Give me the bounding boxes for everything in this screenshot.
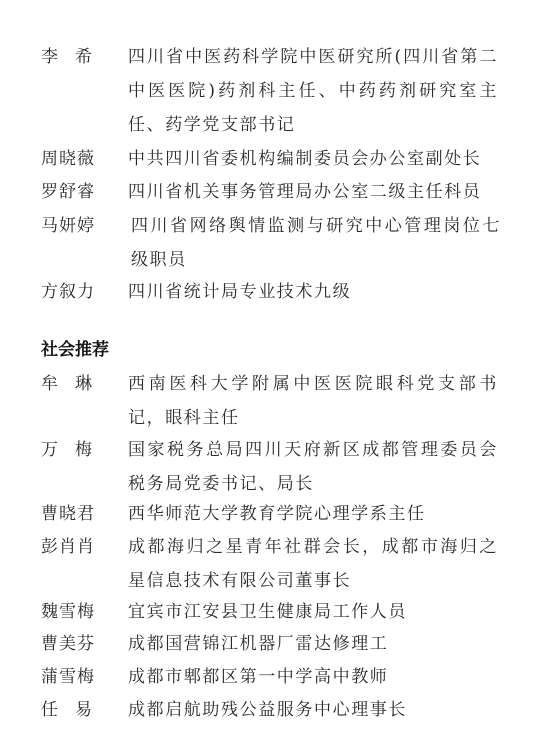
person-title: 成都国营锦江机器厂雷达修理工 — [128, 627, 498, 661]
person-name: 曹晓君 — [41, 497, 111, 531]
person-name: 彭肖肖 — [41, 530, 111, 564]
person-title: 成都海归之星青年社群会长，成都市海归之星信息技术有限公司董事长 — [128, 530, 498, 598]
person-title: 四川省机关事务管理局办公室二级主任科员 — [128, 175, 498, 209]
person-title: 成都市郫都区第一中学高中教师 — [128, 660, 498, 694]
person-title: 四川省网络舆情监测与研究中心管理岗位七级职员 — [131, 209, 501, 277]
person-title: 中共四川省委机构编制委员会办公室副处长 — [128, 142, 498, 176]
person-name: 马妍婷 — [41, 209, 111, 243]
person-name: 罗舒睿 — [41, 175, 111, 209]
person-title: 四川省统计局专业技术九级 — [128, 275, 498, 309]
person-name: 牟琳 — [41, 367, 111, 401]
person-name: 李希 — [41, 40, 111, 74]
person-title: 宜宾市江安县卫生健康局工作人员 — [128, 595, 498, 629]
person-name: 周晓薇 — [41, 142, 111, 176]
person-title: 四川省中医药科学院中医研究所(四川省第二中医医院)药剂科主任、中药药剂研究室主任… — [128, 40, 498, 142]
person-title: 成都启航助残公益服务中心理事长 — [128, 693, 498, 727]
person-name: 蒲雪梅 — [41, 660, 111, 694]
person-name: 任易 — [41, 693, 111, 727]
person-title: 西南医科大学附属中医医院眼科党支部书记，眼科主任 — [128, 367, 498, 435]
person-name: 方叙力 — [41, 275, 111, 309]
person-name: 万梅 — [41, 433, 111, 467]
person-name: 魏雪梅 — [41, 595, 111, 629]
section-heading: 社会推荐 — [41, 335, 109, 365]
person-title: 国家税务总局四川天府新区成都管理委员会税务局党委书记、局长 — [128, 433, 498, 501]
person-title: 西华师范大学教育学院心理学系主任 — [128, 497, 498, 531]
person-name: 曹美芬 — [41, 627, 111, 661]
